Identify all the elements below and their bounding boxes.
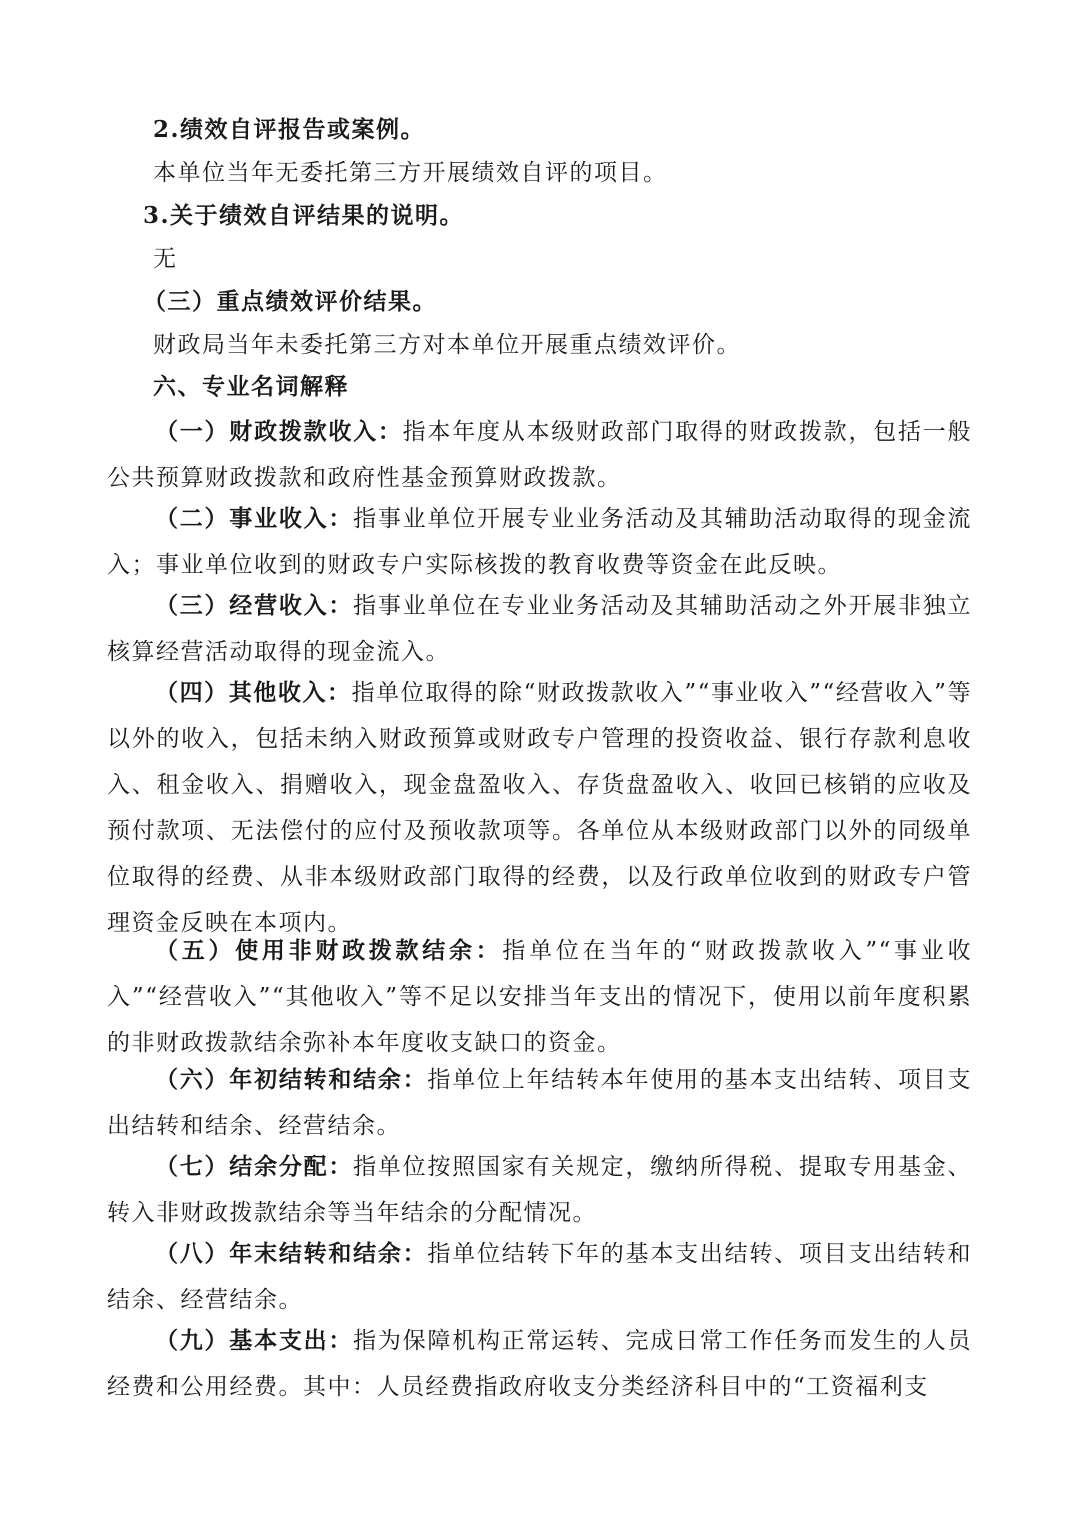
glossary-item: （一）财政拨款收入：指本年度从本级财政部门取得的财政拨款，包括一般公共预算财政拨…: [107, 409, 972, 501]
section-3-body: 无: [153, 244, 178, 274]
glossary-term: （五）使用非财政拨款结余：: [155, 937, 502, 964]
glossary-item: （四）其他收入：指单位取得的除“财政拨款收入”“事业收入”“经营收入”等以外的收…: [107, 670, 972, 946]
glossary-term: （六）年初结转和结余：: [155, 1066, 427, 1093]
glossary-heading: 六、专业名词解释: [153, 372, 349, 402]
section-3-heading: 3.关于绩效自评结果的说明。: [143, 201, 464, 231]
glossary-item: （七）结余分配：指单位按照国家有关规定，缴纳所得税、提取专用基金、转入非财政拨款…: [107, 1144, 972, 1236]
section-2-heading: 2.绩效自评报告或案例。: [153, 115, 425, 145]
glossary-term: （九）基本支出：: [155, 1327, 353, 1354]
key-evaluation-heading: （三）重点绩效评价结果。: [143, 287, 437, 317]
section-2-body: 本单位当年无委托第三方开展绩效自评的项目。: [153, 158, 668, 188]
glossary-term: （三）经营收入：: [155, 592, 353, 619]
glossary-item: （八）年末结转和结余：指单位结转下年的基本支出结转、项目支出结转和结余、经营结余…: [107, 1231, 972, 1323]
glossary-item: （六）年初结转和结余：指单位上年结转本年使用的基本支出结转、项目支出结转和结余、…: [107, 1057, 972, 1149]
glossary-term: （四）其他收入：: [155, 679, 352, 706]
glossary-term: （七）结余分配：: [155, 1153, 353, 1180]
glossary-term: （八）年末结转和结余：: [155, 1240, 427, 1267]
key-evaluation-body: 财政局当年未委托第三方对本单位开展重点绩效评价。: [153, 330, 741, 360]
glossary-item: （三）经营收入：指事业单位在专业业务活动及其辅助活动之外开展非独立核算经营活动取…: [107, 583, 972, 675]
glossary-term: （二）事业收入：: [155, 505, 353, 532]
glossary-item: （九）基本支出：指为保障机构正常运转、完成日常工作任务而发生的人员经费和公用经费…: [107, 1318, 972, 1410]
glossary-item: （二）事业收入：指事业单位开展专业业务活动及其辅助活动取得的现金流入；事业单位收…: [107, 496, 972, 588]
document-page: 2.绩效自评报告或案例。 本单位当年无委托第三方开展绩效自评的项目。 3.关于绩…: [0, 0, 1075, 1521]
glossary-item: （五）使用非财政拨款结余：指单位在当年的“财政拨款收入”“事业收入”“经营收入”…: [107, 928, 972, 1066]
glossary-term: （一）财政拨款收入：: [155, 418, 403, 445]
glossary-definition: 指单位取得的除“财政拨款收入”“事业收入”“经营收入”等以外的收入，包括未纳入财…: [107, 680, 972, 936]
